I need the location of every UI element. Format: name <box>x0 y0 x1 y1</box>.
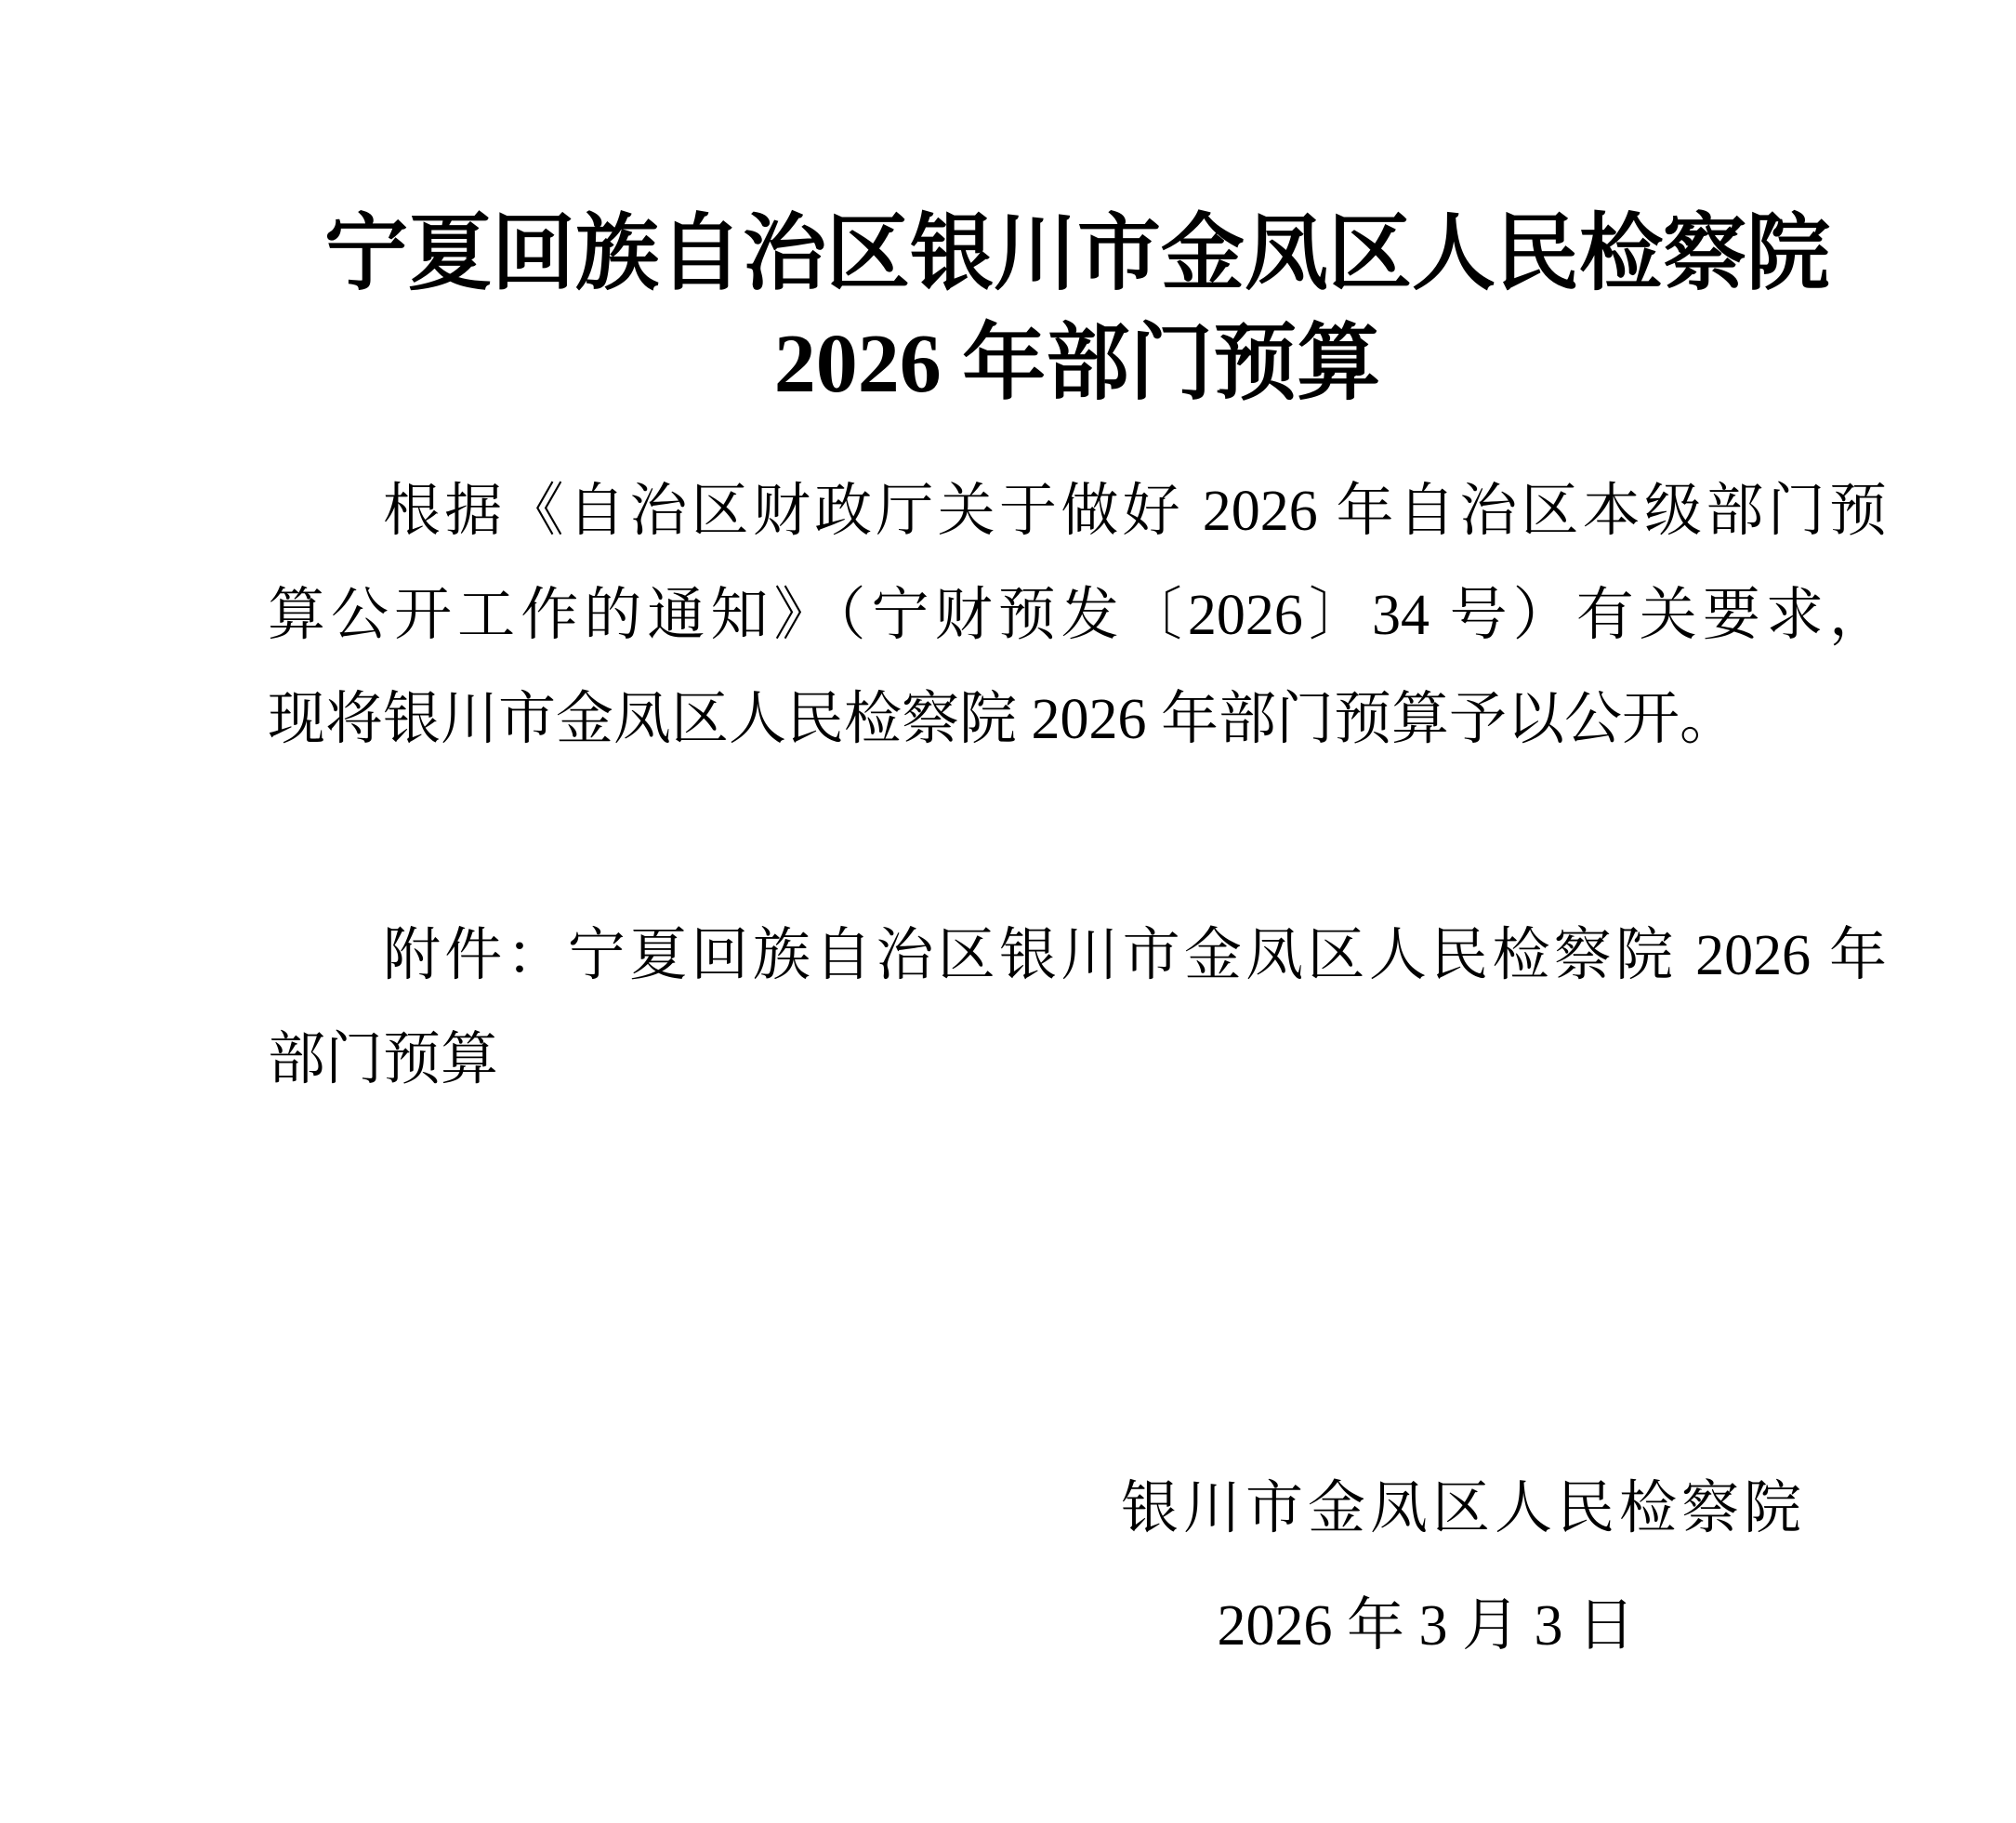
paragraph-1-line-1: 根据《自治区财政厅关于做好 2026 年自治区本级部门预 <box>268 459 1887 563</box>
vertical-spacer <box>268 1112 1887 1457</box>
signature-line: 银川市金凤区人民检察院 <box>268 1457 1887 1561</box>
attachment-line-2: 部门预算 <box>268 1008 1887 1112</box>
attachment-block: 附件：宁夏回族自治区银川市金凤区人民检察院 2026 年 部门预算 <box>268 904 1887 1112</box>
document-title: 宁夏回族自治区银川市金凤区人民检察院 2026 年部门预算 <box>268 200 1887 419</box>
blank-line <box>268 772 1887 876</box>
date-line: 2026 年 3 月 3 日 <box>268 1574 1887 1678</box>
paragraph-1-line-3: 现将银川市金凤区人民检察院 2026 年部门预算予以公开。 <box>268 667 1887 772</box>
document-page: 宁夏回族自治区银川市金凤区人民检察院 2026 年部门预算 根据《自治区财政厅关… <box>0 0 2016 1823</box>
title-line-2: 2026 年部门预算 <box>268 310 1887 419</box>
document-body: 根据《自治区财政厅关于做好 2026 年自治区本级部门预 算公开工作的通知》（宁… <box>268 459 1887 1678</box>
title-line-1: 宁夏回族自治区银川市金凤区人民检察院 <box>268 200 1887 310</box>
paragraph-1: 根据《自治区财政厅关于做好 2026 年自治区本级部门预 算公开工作的通知》（宁… <box>268 459 1887 772</box>
attachment-line-1: 附件：宁夏回族自治区银川市金凤区人民检察院 2026 年 <box>268 904 1887 1008</box>
paragraph-1-line-2: 算公开工作的通知》（宁财预发〔2026〕34 号）有关要求， <box>268 563 1887 667</box>
